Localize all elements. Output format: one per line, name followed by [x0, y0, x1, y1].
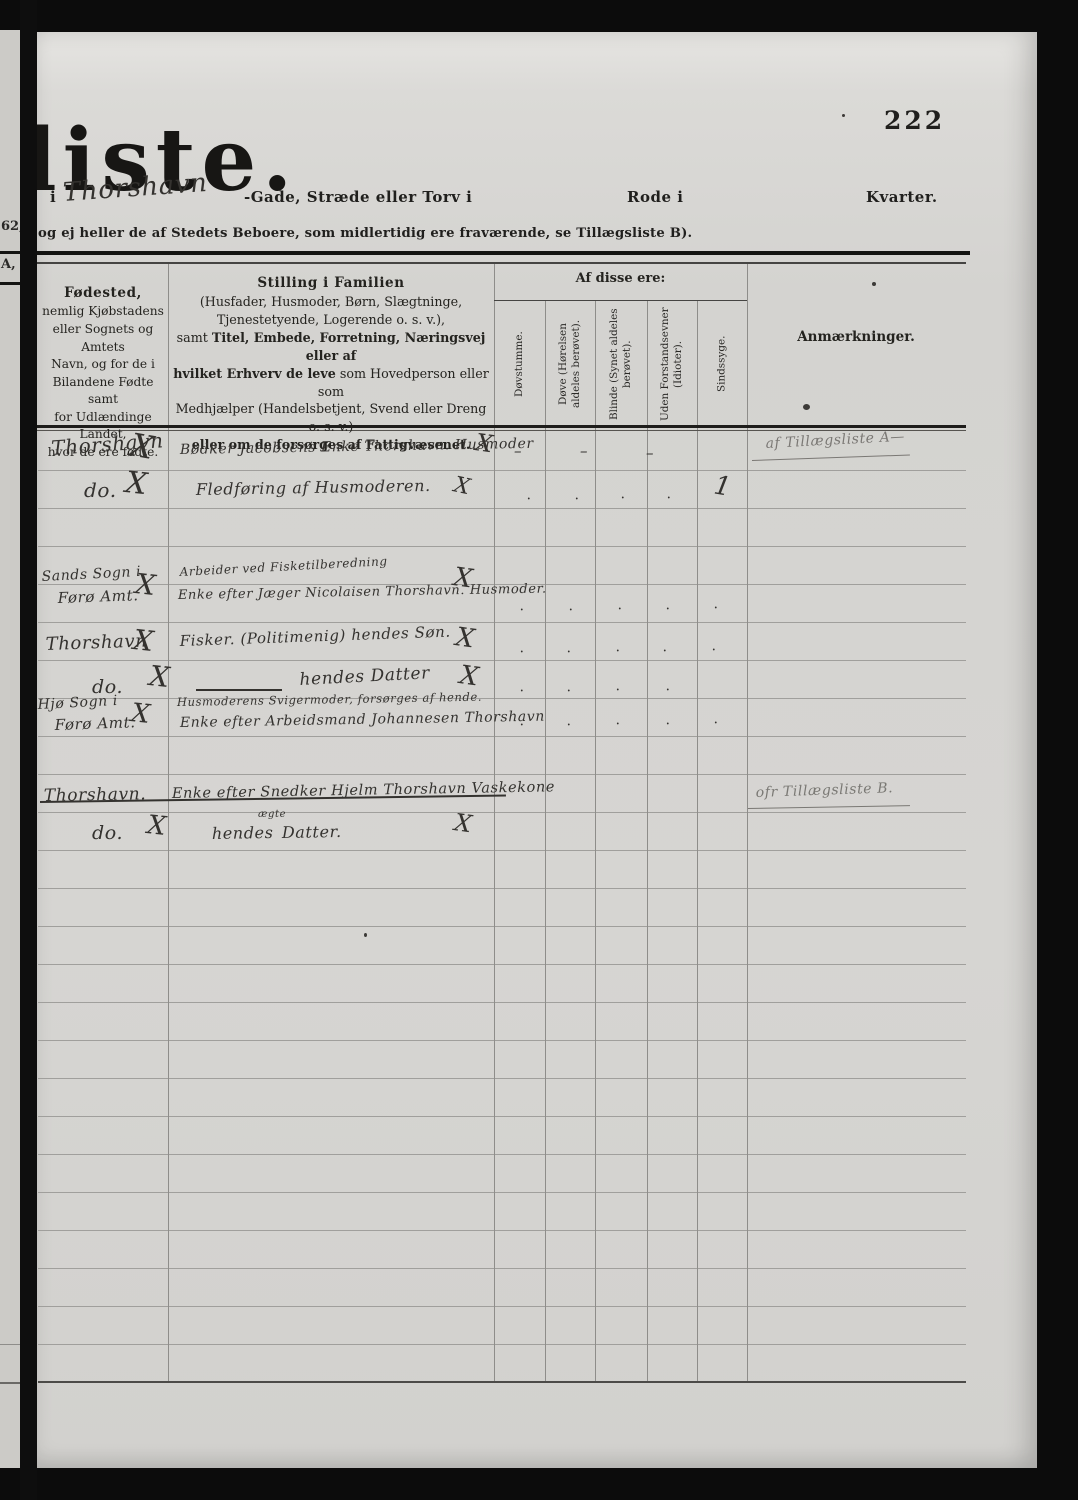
column-line	[647, 300, 648, 1382]
row8-fodested: do.	[92, 824, 123, 843]
stilling-line: samt Titel, Embede, Forretning, Næringsv…	[172, 329, 490, 365]
margin-rule	[0, 251, 20, 254]
row3-check: X	[134, 570, 157, 600]
row5-dot3: •	[616, 688, 620, 694]
row-line	[38, 1268, 966, 1269]
fodested-line: Navn, og for de i	[40, 356, 166, 374]
ink-speck	[364, 933, 367, 937]
column-line	[595, 300, 596, 1382]
row8-check2: X	[453, 810, 474, 836]
row-line	[38, 1192, 966, 1193]
row4-check: X	[132, 626, 155, 656]
ink-speck	[842, 114, 845, 117]
row4-check2: X	[454, 624, 477, 652]
row6-fodested-1: Hjø Sogn i	[37, 694, 118, 712]
row-line	[38, 888, 966, 889]
row6-dot2: •	[567, 723, 571, 729]
column-header-blinde: Blinde (Synet aldeles berøvet).	[596, 303, 646, 425]
row-line	[38, 660, 966, 661]
column-header-uden-forstandsevner: Uden Forstandsevner (Idioter).	[648, 303, 696, 425]
row-line	[38, 470, 966, 471]
af-disse-ere-label: Af disse ere:	[494, 271, 747, 286]
row3-check2: X	[452, 564, 475, 592]
row-line	[38, 1344, 966, 1345]
row-line	[38, 926, 966, 927]
row3-dot5: •	[714, 606, 718, 612]
ink-blot	[803, 404, 810, 410]
row1-dash-dove: –	[580, 444, 588, 459]
column-header-anmaerkninger: Anmærkninger.	[747, 329, 965, 345]
row1-check2: X	[474, 430, 495, 456]
row2-dot1: •	[527, 497, 531, 503]
kvarter-label: Kvarter.	[866, 188, 938, 206]
row5-check: X	[148, 662, 171, 692]
row-line	[38, 1116, 966, 1117]
gade-straede-torv-label: -Gade, Stræde eller Torv i	[244, 188, 472, 206]
page-gutter-shadow	[20, 0, 37, 1500]
row4-dot3: •	[616, 649, 620, 655]
row3-dot1: •	[520, 608, 524, 614]
stilling-line: (Husfader, Husmoder, Børn, Slægtninge,	[172, 293, 490, 311]
column-line	[697, 300, 698, 1382]
row-line	[38, 1002, 966, 1003]
row-line	[38, 812, 966, 813]
column-header-stilling: Stilling i Familien (Husfader, Husmoder,…	[172, 274, 490, 454]
table-header-top-line	[37, 262, 966, 264]
row3-dot4: •	[666, 607, 670, 613]
exclusion-note: og ej heller de af Stedets Beboere, som …	[38, 226, 692, 241]
exclusion-note-b: B).	[670, 226, 693, 241]
row3-fodested-2: Førø Amt.	[57, 588, 138, 606]
row4-dot1: •	[520, 650, 524, 656]
row1-dash-blinde: –	[646, 446, 654, 461]
row8-stilling-1: hendes	[212, 825, 274, 842]
row2-dot3: •	[621, 496, 625, 502]
main-page-paper	[37, 32, 1037, 1468]
row-line	[38, 964, 966, 965]
row-line	[38, 736, 966, 737]
row4-dot2: •	[567, 650, 571, 656]
row5-check2: X	[458, 662, 481, 690]
row5-dot1: •	[520, 689, 524, 695]
margin-rule	[0, 1382, 20, 1384]
row3-dot2: •	[569, 608, 573, 614]
row6-dot3: •	[616, 722, 620, 728]
row4-dot5: •	[712, 648, 716, 654]
margin-rule	[0, 1344, 20, 1345]
rode-label: Rode i	[627, 188, 683, 206]
margin-rule	[0, 282, 20, 285]
row2-dot2: •	[575, 497, 579, 503]
exclusion-note-text: og ej heller de af Stedets Beboere, som …	[38, 226, 670, 241]
row-line	[38, 1230, 966, 1231]
stilling-line: Medhjælper (Handelsbetjent, Svend eller …	[172, 400, 490, 436]
row5-dot2: •	[567, 689, 571, 695]
row2-dot4: •	[667, 496, 671, 502]
column-line	[545, 300, 546, 1382]
row2-fodested: do.	[84, 480, 117, 500]
row-line	[38, 1154, 966, 1155]
row5-dot4: •	[666, 688, 670, 694]
stilling-title: Stilling i Familien	[172, 274, 490, 293]
row3-dot3: •	[618, 607, 622, 613]
fodested-line: Bilandene Fødte samt	[40, 374, 166, 409]
column-header-dove: Døve (Hørelsen aldeles berøvet).	[546, 303, 594, 425]
scanned-census-page: { "page": { "number": "222" }, "masthead…	[0, 0, 1078, 1500]
row-line	[38, 774, 966, 775]
margin-cut-text-bottom: A,	[1, 257, 16, 272]
row8-stilling-2: Datter.	[282, 824, 342, 841]
page-number: 222	[884, 106, 945, 135]
row8-insert: ægte	[258, 810, 286, 820]
stilling-line: Tjenestetyende, Logerende o. s. v.),	[172, 311, 490, 329]
row-line	[38, 850, 966, 851]
fodested-line: eller Sognets og Amtets	[40, 321, 166, 356]
fodested-title: Fødested,	[40, 284, 166, 303]
stilling-line: hvilket Erhverv de leve som Hovedperson …	[172, 365, 490, 401]
row8-check: X	[146, 812, 168, 840]
masthead-rule	[37, 251, 970, 255]
row-line	[38, 622, 966, 623]
row1-dash-dovstumme: –	[514, 444, 522, 459]
row-line	[38, 546, 966, 547]
row4-dot4: •	[663, 649, 667, 655]
row-line	[38, 1078, 966, 1079]
row-line	[38, 1306, 966, 1307]
row6-dot5: •	[714, 721, 718, 727]
column-header-dovstumme: Døvstumme.	[495, 303, 544, 425]
row-line	[38, 508, 966, 509]
ink-speck	[872, 282, 876, 286]
row6-dot4: •	[666, 722, 670, 728]
row6-dot1: •	[520, 723, 524, 729]
af-disse-divider-line	[494, 300, 747, 301]
row2-stilling: Fledføring af Husmoderen.	[196, 478, 431, 498]
row2-check: X	[124, 468, 149, 500]
table-bottom-line	[38, 1381, 966, 1383]
masthead-i-label: i	[50, 188, 56, 206]
row6-fodested-2: Førø Amt.	[54, 715, 135, 733]
row5-ditto-line	[196, 689, 282, 691]
row-line	[38, 1040, 966, 1041]
adjacent-page-edge: 62, A,	[0, 30, 20, 1468]
row6-check: X	[130, 700, 152, 728]
column-header-sindssyge: Sindssyge.	[698, 303, 746, 425]
fodested-line: nemlig Kjøbstadens	[40, 303, 166, 321]
